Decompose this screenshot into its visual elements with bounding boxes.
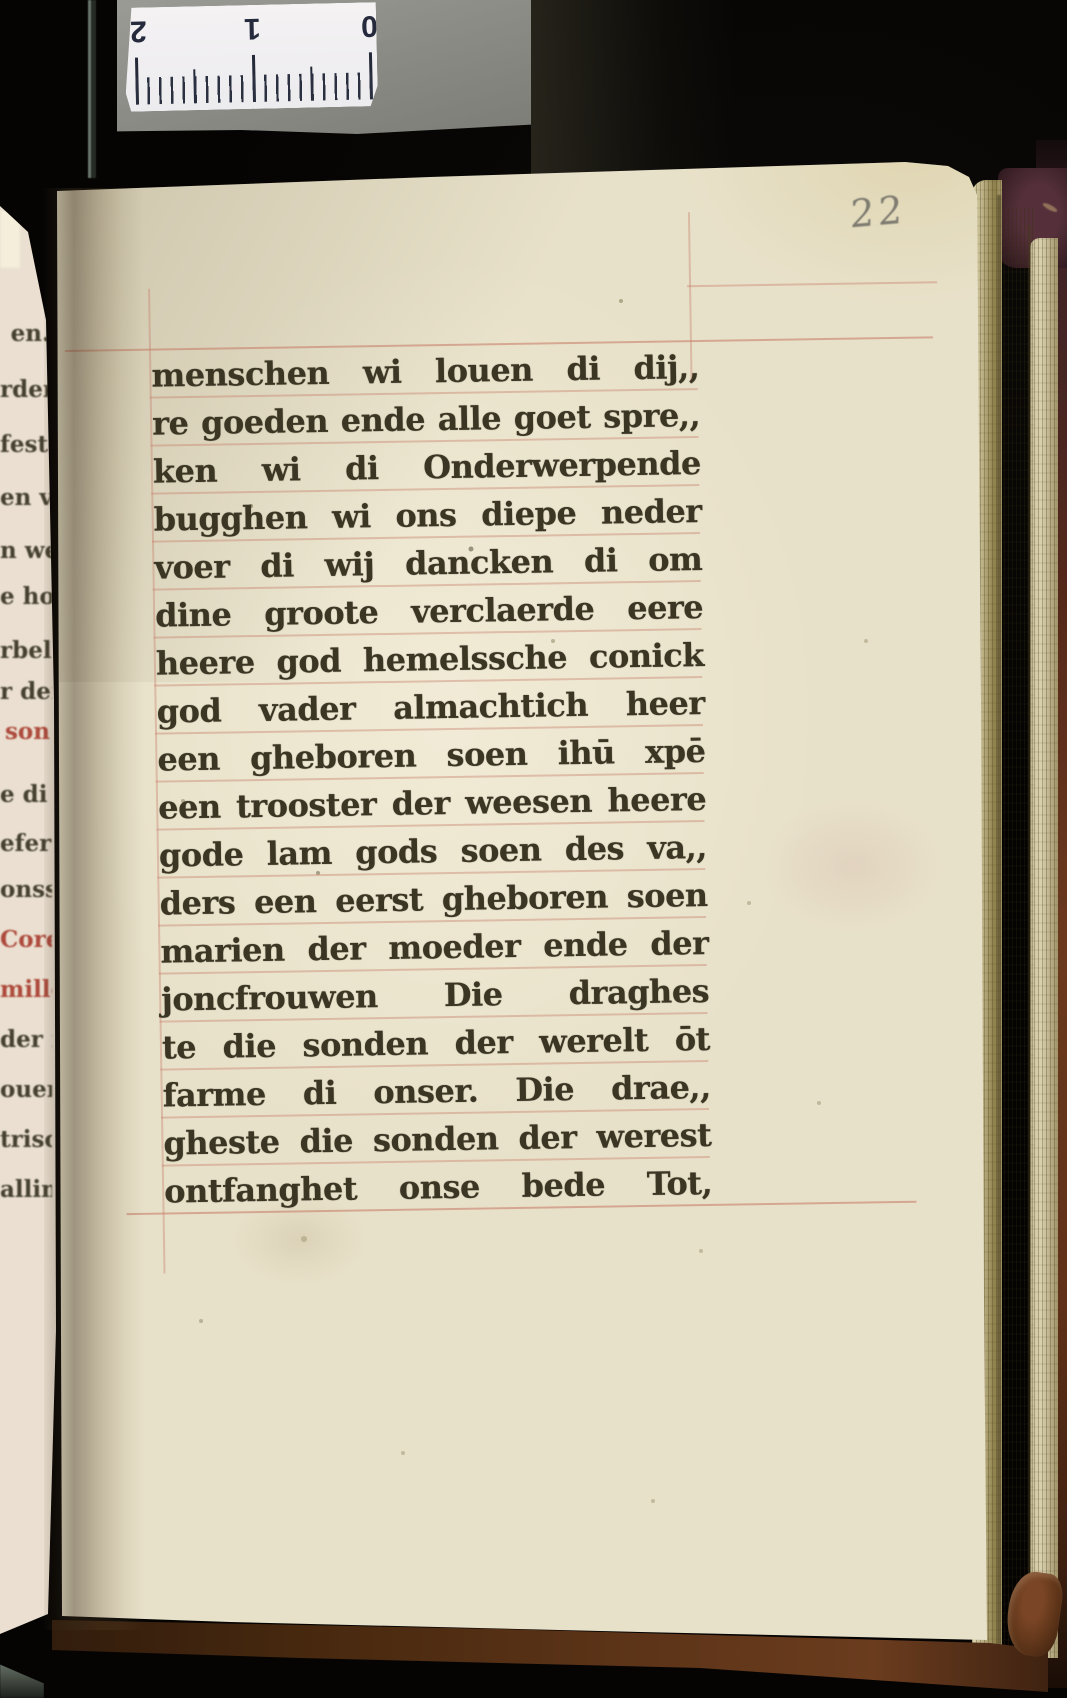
text-line: een gheboren soen ihū xpē — [157, 725, 706, 781]
fore-edge-crevice — [1028, 225, 1031, 1650]
facing-text-fragment: r den — [0, 679, 52, 705]
facing-text-fragment: ouerse — [0, 1077, 52, 1103]
facing-text-fragment: e di on — [0, 782, 52, 808]
ruler-number: 1 — [239, 11, 266, 46]
card-shadow — [531, 0, 771, 195]
text-line: re goeden ende alle goet spre,, — [152, 389, 701, 445]
ruled-text-block: menschen wi louen di dij,, re goeden end… — [65, 336, 959, 1250]
facing-text-fragment-rubric: son — [0, 719, 52, 745]
text-line: ontfanghet onse bede Tot, — [164, 1157, 713, 1213]
fore-edge-crevice — [997, 195, 1001, 1645]
measurement-ruler: 2 1 0 — [124, 2, 378, 112]
text-line: menschen wi louen di dij,, — [151, 341, 700, 397]
facing-page-corner — [0, 210, 20, 268]
text-line: gheste die sonden der werest — [163, 1109, 712, 1165]
text-line: gode lam gods soen des va,, — [159, 821, 708, 877]
glass-plate-corner — [0, 1660, 44, 1698]
facing-text-fragment: rden — [0, 377, 52, 403]
facing-text-fragment-rubric: milles — [0, 977, 52, 1003]
parchment-specks — [0, 0, 2, 2]
text-line: marien der moeder ende der — [160, 917, 709, 973]
facing-text-fragment: feste — [0, 432, 52, 458]
text-line: ders een eerst gheboren soen — [159, 869, 708, 925]
facing-text-fragment: der mit — [0, 1027, 52, 1053]
manuscript-photo: 2 1 0 en. rden feste en van n weth e hon… — [0, 0, 1067, 1698]
glass-plate-edge — [86, 0, 96, 178]
text-line: heere god hemelssche conick — [156, 629, 705, 685]
text-line: dine groote verclaerde eere — [155, 581, 704, 637]
text-line: bugghen wi ons diepe neder — [153, 485, 702, 541]
fore-edge-leaves-outer — [1030, 238, 1058, 1658]
ruler-tick-minor-row — [135, 72, 374, 104]
facing-text-fragment: en van — [0, 485, 52, 511]
text-line: joncfrouwen Die draghes — [161, 965, 710, 1021]
facing-text-fragment: rbelen — [0, 638, 52, 664]
facing-text-fragment: en. — [0, 321, 52, 347]
text-line: te die sonden der werelt ōt — [162, 1013, 711, 1069]
text-line: ken wi di Onderwerpende — [153, 437, 702, 493]
manuscript-page: menschen wi louen di dij,, re goeden end… — [0, 0, 1067, 1698]
facing-text-fragment: trische — [0, 1127, 52, 1153]
facing-text-fragment: onsse — [0, 877, 52, 903]
text-line: een trooster der weesen heere — [158, 773, 707, 829]
facing-text-fragment: eferme — [0, 831, 52, 857]
facing-text-fragment: n weth — [0, 538, 52, 564]
facing-text-fragment: allim — [0, 1177, 52, 1203]
page-number-pencil: 22 — [850, 187, 907, 236]
text-line: farme di onser. Die drae,, — [162, 1061, 711, 1117]
facing-text-fragment: e hon — [0, 584, 52, 610]
text-line: god vader almachtich heer — [156, 677, 705, 733]
text-line: voer di wij dancken di om — [154, 533, 703, 589]
ruling-line-upper-margin — [687, 281, 937, 287]
facing-text-fragment-rubric: Coret i — [0, 927, 52, 953]
